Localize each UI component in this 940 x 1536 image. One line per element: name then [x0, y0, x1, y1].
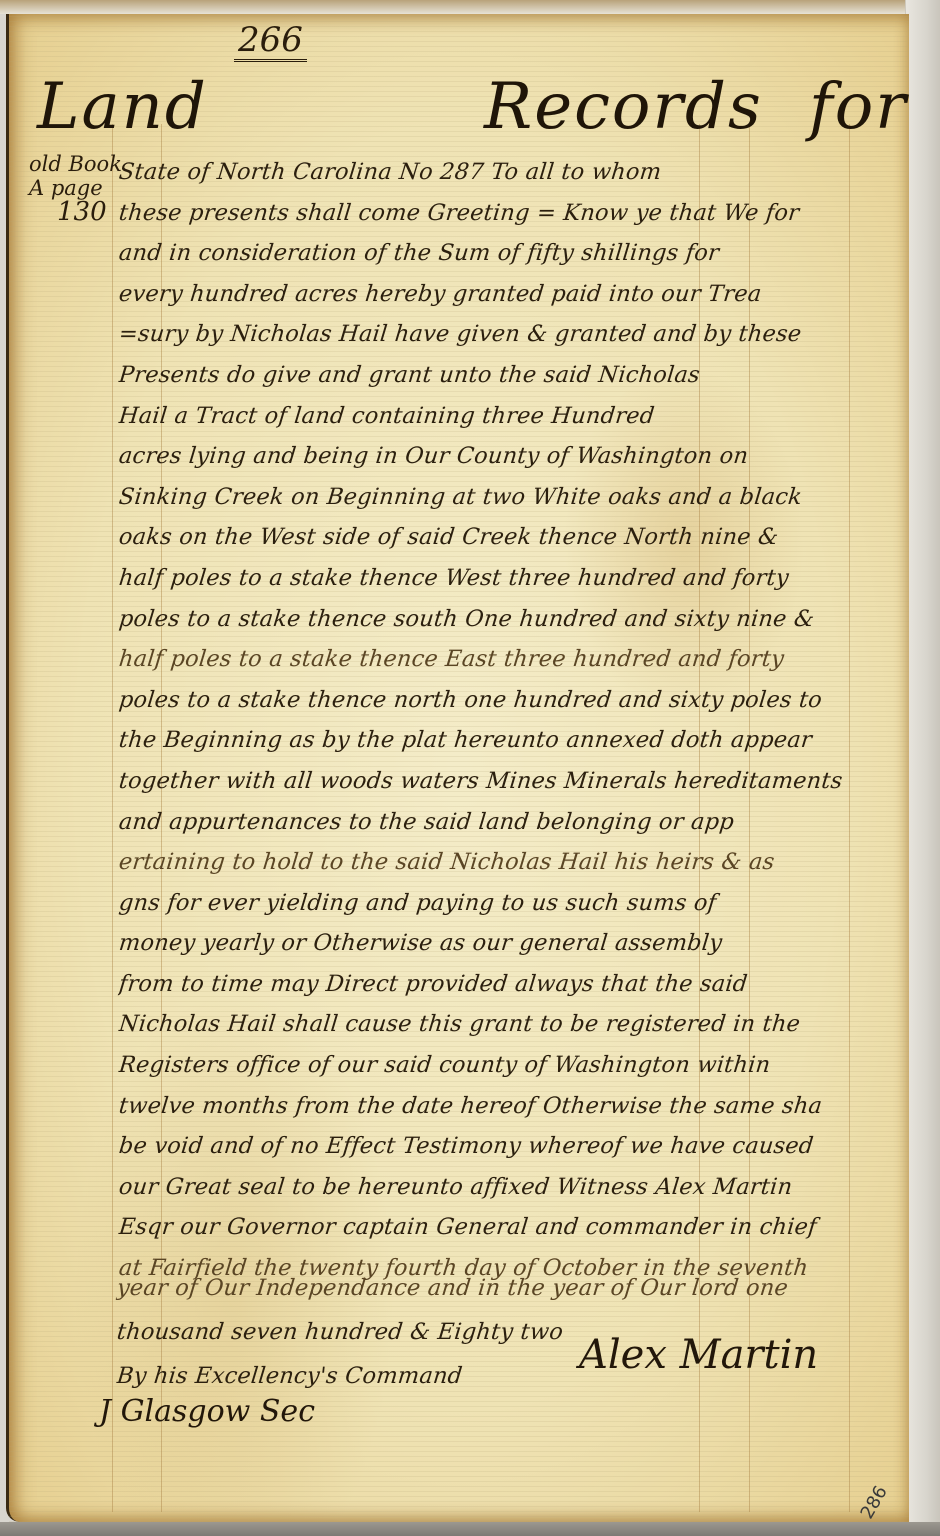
text-line: Presents do give and grant unto the said…: [117, 355, 911, 396]
text-line: =sury by Nicholas Hail have given & gran…: [117, 314, 911, 355]
margin-note-book: old Book: [29, 152, 129, 176]
secretary-signature: J Glasgow Sec: [99, 1394, 315, 1429]
grant-body-text: State of North Carolina No 287 To all to…: [119, 152, 909, 1289]
text-line: from to time may Direct provided always …: [117, 964, 911, 1005]
text-line: year of Our Independance and in the year…: [115, 1266, 910, 1310]
text-line: every hundred acres hereby granted paid …: [117, 274, 911, 315]
scan-bottom-edge: [0, 1522, 940, 1536]
text-line: poles to a stake thence north one hundre…: [117, 680, 911, 721]
text-line: Nicholas Hail shall cause this grant to …: [117, 1004, 911, 1045]
text-line: State of North Carolina No 287 To all to…: [117, 152, 911, 193]
margin-rule: [112, 124, 113, 1512]
text-line: be void and of no Effect Testimony where…: [117, 1126, 911, 1167]
text-line: half poles to a stake thence East three …: [117, 639, 911, 680]
scan-top-edge: [0, 0, 940, 14]
text-line: these presents shall come Greeting = Kno…: [117, 193, 911, 234]
text-line: twelve months from the date hereof Other…: [117, 1086, 911, 1127]
text-line: poles to a stake thence south One hundre…: [117, 599, 911, 640]
text-line: our Great seal to be hereunto affixed Wi…: [117, 1167, 911, 1208]
folio-number: 286: [856, 1482, 891, 1522]
text-line: gns for ever yielding and paying to us s…: [117, 883, 911, 924]
page-number: 266: [234, 22, 307, 62]
text-line: money yearly or Otherwise as our general…: [117, 923, 911, 964]
ledger-page: 266 Land Records for old Book A page 130…: [6, 14, 909, 1522]
text-line: oaks on the West side of said Creek then…: [117, 517, 911, 558]
page-heading: Land Records for: [9, 70, 909, 150]
text-line: Registers office of our said county of W…: [117, 1045, 911, 1086]
text-line: ertaining to hold to the said Nicholas H…: [117, 842, 911, 883]
margin-reference-note: old Book A page 130: [29, 152, 129, 224]
text-line: and in consideration of the Sum of fifty…: [117, 233, 911, 274]
text-line: and appurtenances to the said land belon…: [117, 802, 911, 843]
text-line: Sinking Creek on Beginning at two White …: [117, 477, 911, 518]
text-line: the Beginning as by the plat hereunto an…: [117, 720, 911, 761]
heading-word-records: Records: [484, 70, 763, 144]
text-line: Hail a Tract of land containing three Hu…: [117, 396, 911, 437]
heading-word-for: for: [809, 70, 908, 144]
margin-note-page-number: 130: [29, 200, 129, 224]
text-line: together with all woods waters Mines Min…: [117, 761, 911, 802]
text-line: Esqr our Governor captain General and co…: [117, 1207, 911, 1248]
text-line: half poles to a stake thence West three …: [117, 558, 911, 599]
heading-word-land: Land: [37, 70, 208, 144]
governor-signature: Alex Martin: [579, 1332, 818, 1378]
text-line: acres lying and being in Our County of W…: [117, 436, 911, 477]
